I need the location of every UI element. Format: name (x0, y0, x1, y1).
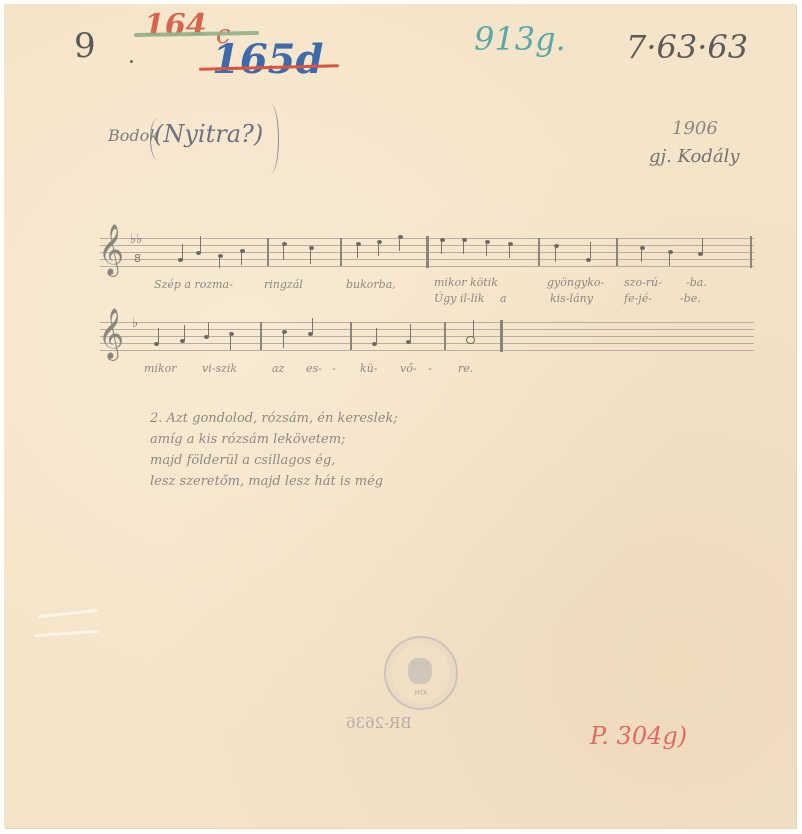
new-catalog-number: 165d (212, 36, 323, 83)
treble-clef-icon: 𝄞 (98, 224, 124, 275)
barline (538, 238, 540, 266)
lyric: re. (458, 362, 473, 375)
barline (444, 322, 446, 350)
verse-line: amíg a kis rózsám lekövetem; (150, 429, 345, 450)
barline (267, 238, 269, 266)
lyric: - (428, 362, 432, 375)
lyric: es- (306, 362, 322, 375)
lyric: mikor (144, 362, 177, 375)
lyric: Szép a rozma- (154, 278, 233, 291)
page-number: 9 (74, 26, 96, 66)
verse-line: lesz szeretőm, majd lesz hát is még (150, 471, 383, 492)
lyric: fe-jé- (624, 292, 652, 305)
verse-line: 2. Azt gondolod, rózsám, én kereslek; (150, 408, 398, 429)
flat-sign-icon: ♭♭ (130, 232, 142, 247)
paper-crease (38, 609, 98, 618)
inventory-number: BR-2636 (346, 714, 412, 732)
paper-crease (34, 630, 100, 638)
pencil-dot (130, 60, 133, 63)
shelf-mark: 7·63·63 (626, 28, 748, 66)
repeat-end-barline (750, 236, 752, 268)
red-catalog-number: P. 304g) (590, 722, 687, 750)
collector-name: gj. Kodály (649, 146, 740, 167)
lyric: Úgy il-lik (434, 292, 484, 305)
lyric: kü- (360, 362, 377, 375)
lyric: -ba. (686, 276, 707, 289)
paren-close (262, 104, 279, 174)
lyric: gyöngyko- (547, 276, 604, 289)
lyric: mikor kötik (434, 276, 498, 289)
time-signature: 8 (134, 252, 141, 265)
teal-catalog-number: 913g. (474, 20, 566, 58)
lyric: kis-lány (550, 292, 593, 305)
flat-sign-icon: ♭ (132, 316, 138, 331)
manuscript-page: 9 164 c 165d 913g. 7·63·63 Bodok (Nyitra… (4, 4, 796, 828)
repeat-start-barline (426, 236, 429, 268)
staff-system-1: 𝄞 ♭♭ 8 (100, 238, 754, 270)
crest-icon (408, 658, 432, 684)
treble-clef-icon: 𝄞 (98, 308, 124, 359)
barline (340, 238, 342, 266)
lyric: bukorba, (346, 278, 396, 291)
staff-system-2: 𝄞 ♭ (100, 322, 754, 354)
lyric: ringzál (264, 278, 303, 291)
lyric: -be. (680, 292, 701, 305)
lyric: szo-rú- (624, 276, 662, 289)
origin-place: (Nyitra?) (154, 120, 263, 148)
lyric: - (332, 362, 336, 375)
barline (350, 322, 352, 350)
lyric: vi-szik (202, 362, 237, 375)
barline (260, 322, 262, 350)
verse-line: majd földerül a csillagos ég, (150, 450, 335, 471)
barline (616, 238, 618, 266)
collection-year: 1906 (672, 118, 718, 139)
library-stamp: MTA (384, 636, 458, 710)
lyric: a (500, 292, 507, 305)
lyric: vő- (400, 362, 417, 375)
lyric: az (272, 362, 284, 375)
final-barline (500, 320, 503, 352)
old-catalog-number: 164 (144, 8, 207, 43)
